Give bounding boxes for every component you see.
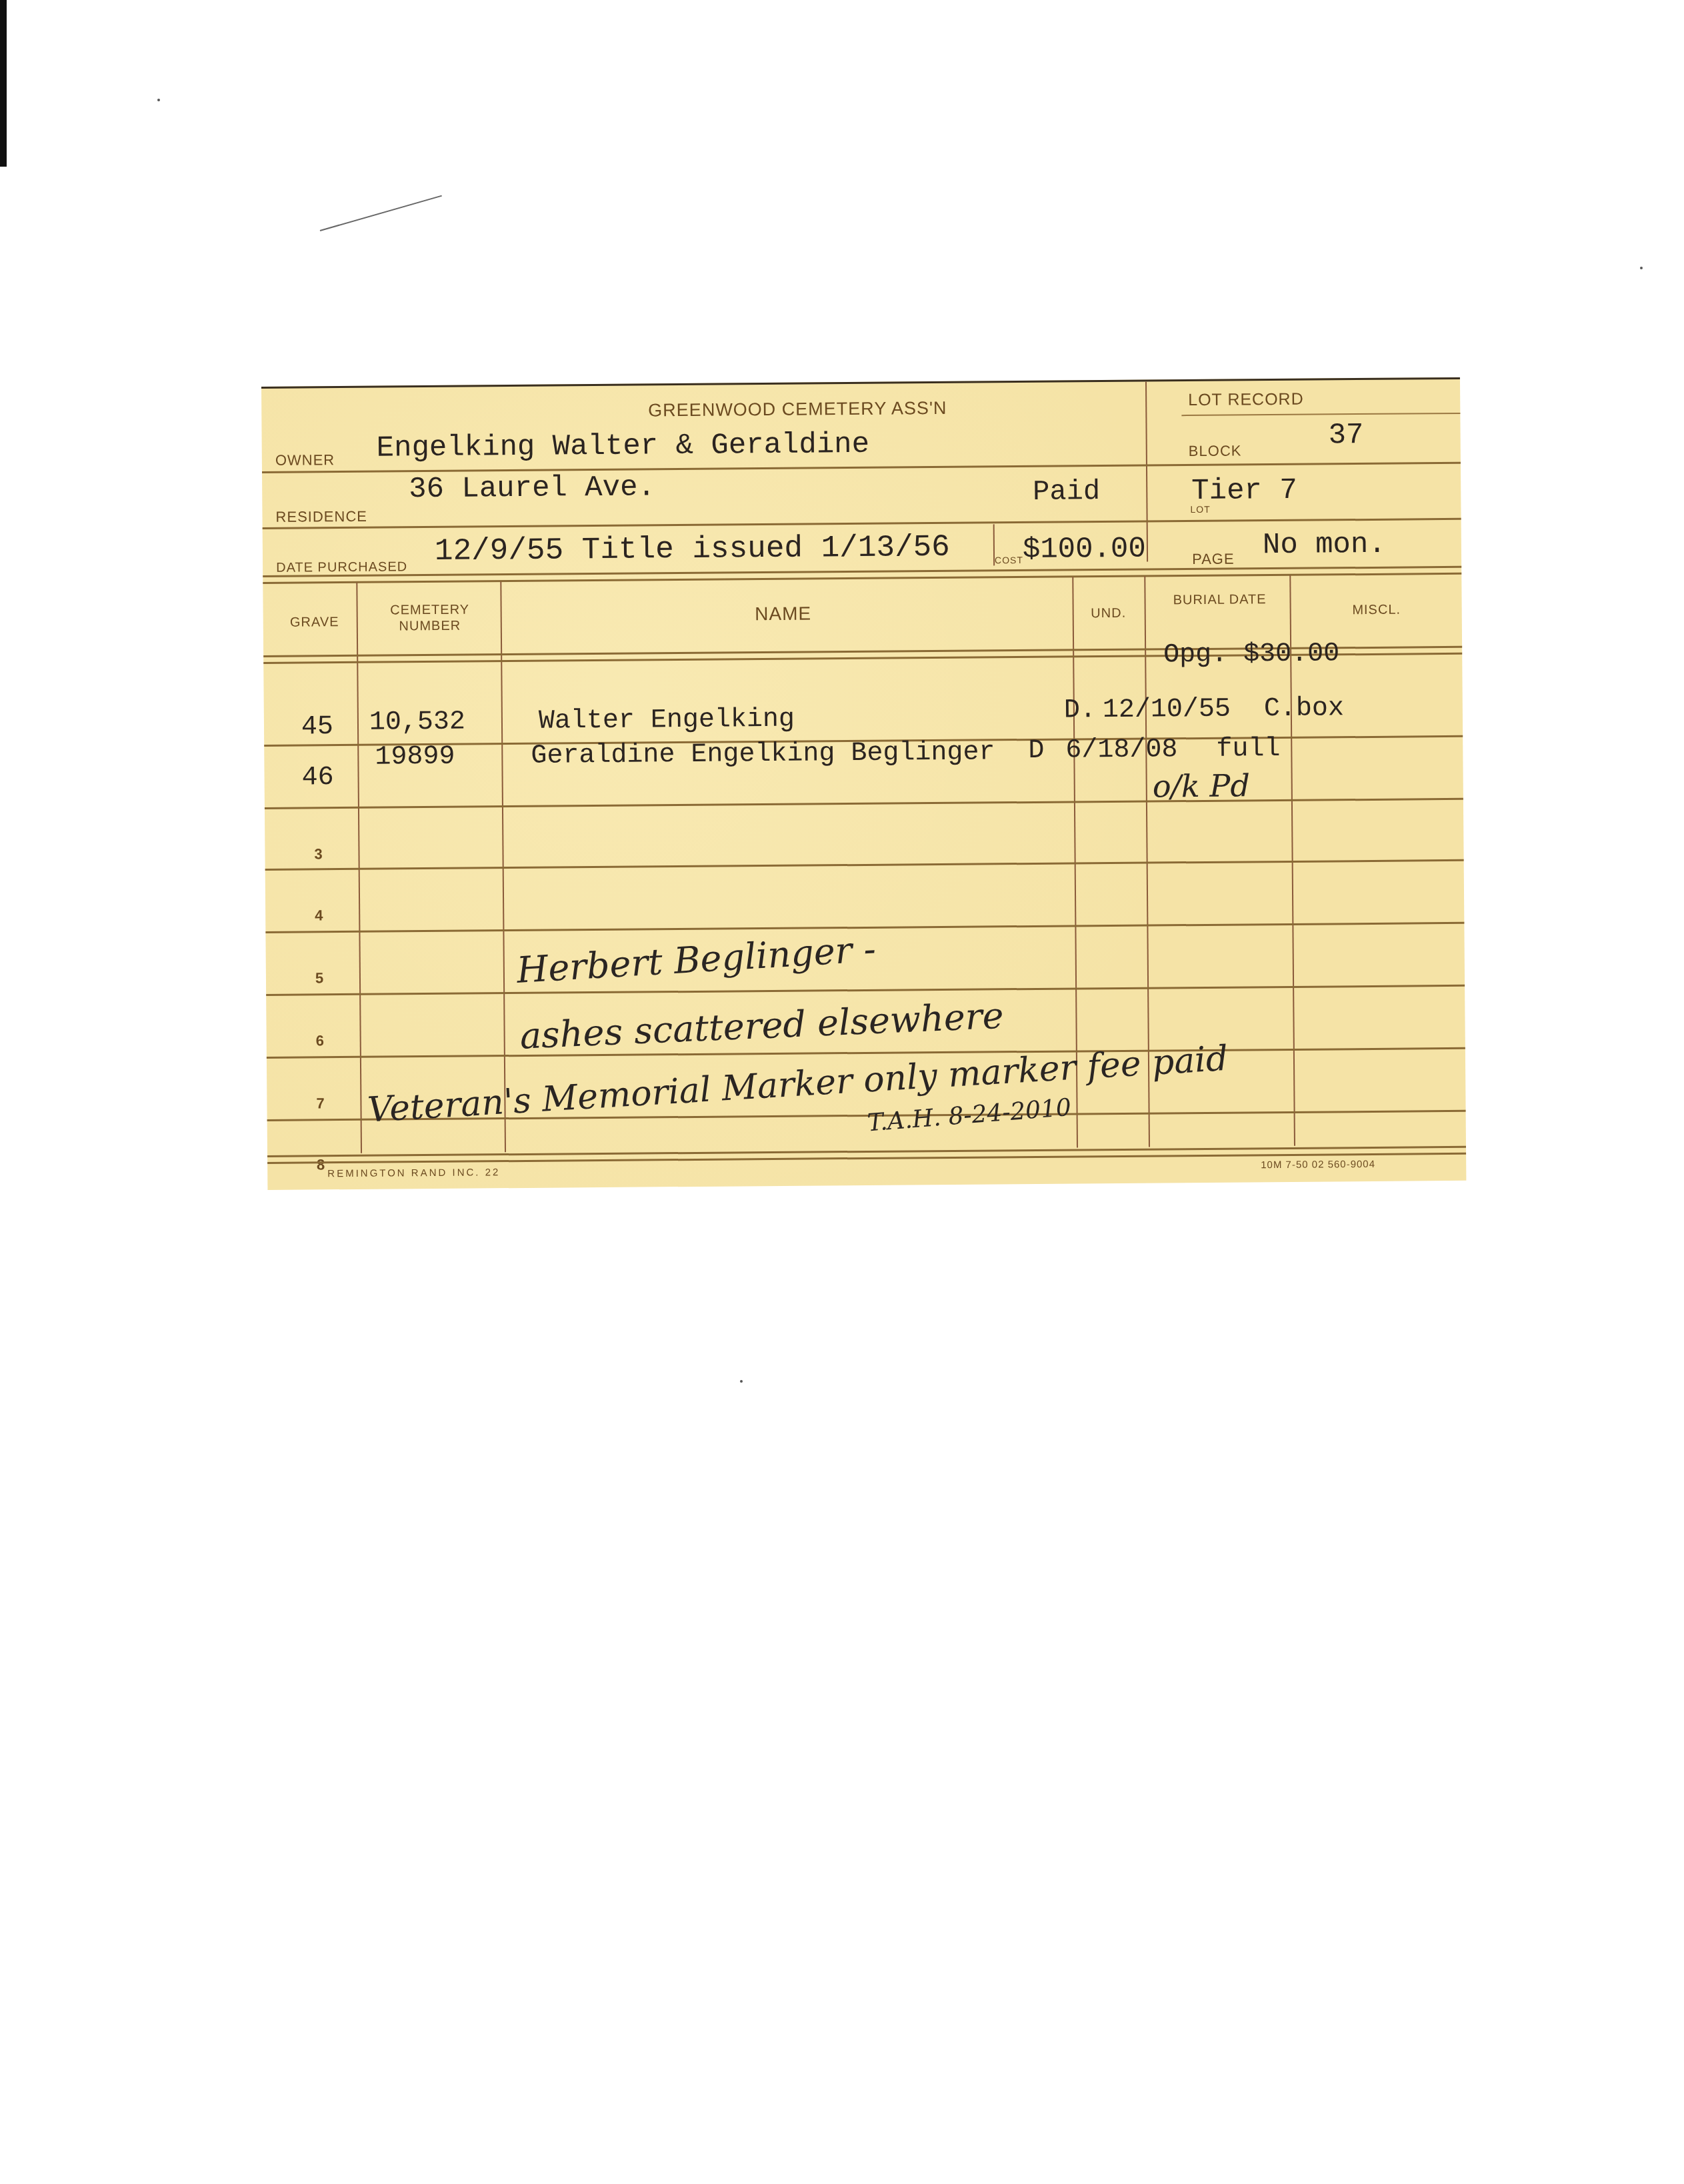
row-45-und: D. — [1064, 695, 1096, 725]
cost-value: $100.00 — [1023, 533, 1146, 567]
row-6-grave: 6 — [307, 1032, 333, 1049]
lot-record-underline — [1181, 413, 1460, 416]
residence-value: 36 Laurel Ave. — [409, 471, 655, 506]
residence-rule — [263, 518, 1461, 529]
lot-record-label: LOT RECORD — [1188, 390, 1304, 410]
row-45-name: Walter Engelking — [539, 705, 795, 737]
scan-edge-artifact — [0, 0, 7, 167]
block-value: 37 — [1328, 419, 1363, 452]
date-purchased-label: DATE PURCHASED — [276, 559, 407, 576]
row-rule-6 — [267, 1047, 1465, 1059]
lot-value: Tier 7 — [1191, 474, 1297, 508]
row-4-grave: 4 — [305, 907, 332, 924]
row-rule-46 — [265, 798, 1463, 809]
row-46-miscl: full — [1216, 734, 1280, 765]
lot-record-card: GREENWOOD CEMETERY ASS'N LOT RECORD OWNE… — [261, 377, 1466, 1190]
date-purchased-value: 12/9/55 Title issued 1/13/56 — [435, 530, 950, 569]
cemetery-title: GREENWOOD CEMETERY ASS'N — [648, 398, 947, 421]
row-rule-3 — [265, 859, 1464, 871]
row-45-grave: 45 — [301, 712, 333, 742]
owner-value: Engelking Walter & Geraldine — [377, 428, 870, 465]
col-header-name: NAME — [663, 602, 903, 625]
row-45-miscl: C.box — [1264, 693, 1344, 724]
col-header-und: UND. — [1075, 606, 1142, 622]
col-header-burial-date: BURIAL DATE — [1169, 591, 1269, 608]
row-46-burial-date: 6/18/08 — [1065, 735, 1177, 765]
handwritten-initials-date: T.A.H. 8-24-2010 — [866, 1094, 1072, 1137]
row-46-grave: 46 — [301, 763, 333, 793]
owner-label: OWNER — [275, 451, 335, 469]
row-3-grave: 3 — [305, 845, 331, 863]
col-header-grave: GRAVE — [278, 615, 351, 631]
page-label: PAGE — [1192, 551, 1235, 568]
footer-printer: REMINGTON RAND INC. 22 — [327, 1167, 500, 1179]
row-46-cemetery-number: 19899 — [375, 742, 455, 773]
cost-label: COST — [995, 555, 1023, 565]
row-rule-5 — [266, 985, 1465, 996]
handwritten-ok-paid: o/k Pd — [1153, 767, 1251, 804]
row-45-burial-date: 12/10/55 — [1103, 695, 1231, 726]
row-5-grave: 5 — [306, 969, 333, 987]
row-46-und: D — [1028, 736, 1044, 766]
row-46-name: Geraldine Engelking Beglinger — [531, 737, 995, 771]
page-value: No mon. — [1263, 528, 1386, 562]
speck — [1640, 267, 1643, 269]
footer-form-number: 10M 7-50 02 560-9004 — [1261, 1159, 1375, 1171]
paid-note: Paid — [1033, 475, 1100, 508]
handwritten-herbert: Herbert Beglinger - — [515, 928, 877, 991]
speck — [740, 1380, 743, 1383]
row-7-grave: 7 — [307, 1095, 333, 1112]
block-label: BLOCK — [1189, 442, 1242, 460]
speck — [157, 99, 160, 101]
col-header-cemetery-number: CEMETERY NUMBER — [377, 601, 483, 634]
row-45-cemetery-number: 10,532 — [369, 707, 465, 738]
stray-pen-mark — [320, 195, 442, 231]
residence-label: RESIDENCE — [275, 508, 367, 526]
handwritten-ashes: ashes scattered elsewhere — [519, 995, 1005, 1057]
col-header-miscl: MISCL. — [1317, 602, 1437, 618]
opening-fee: Opg. $30.00 — [1163, 639, 1339, 670]
